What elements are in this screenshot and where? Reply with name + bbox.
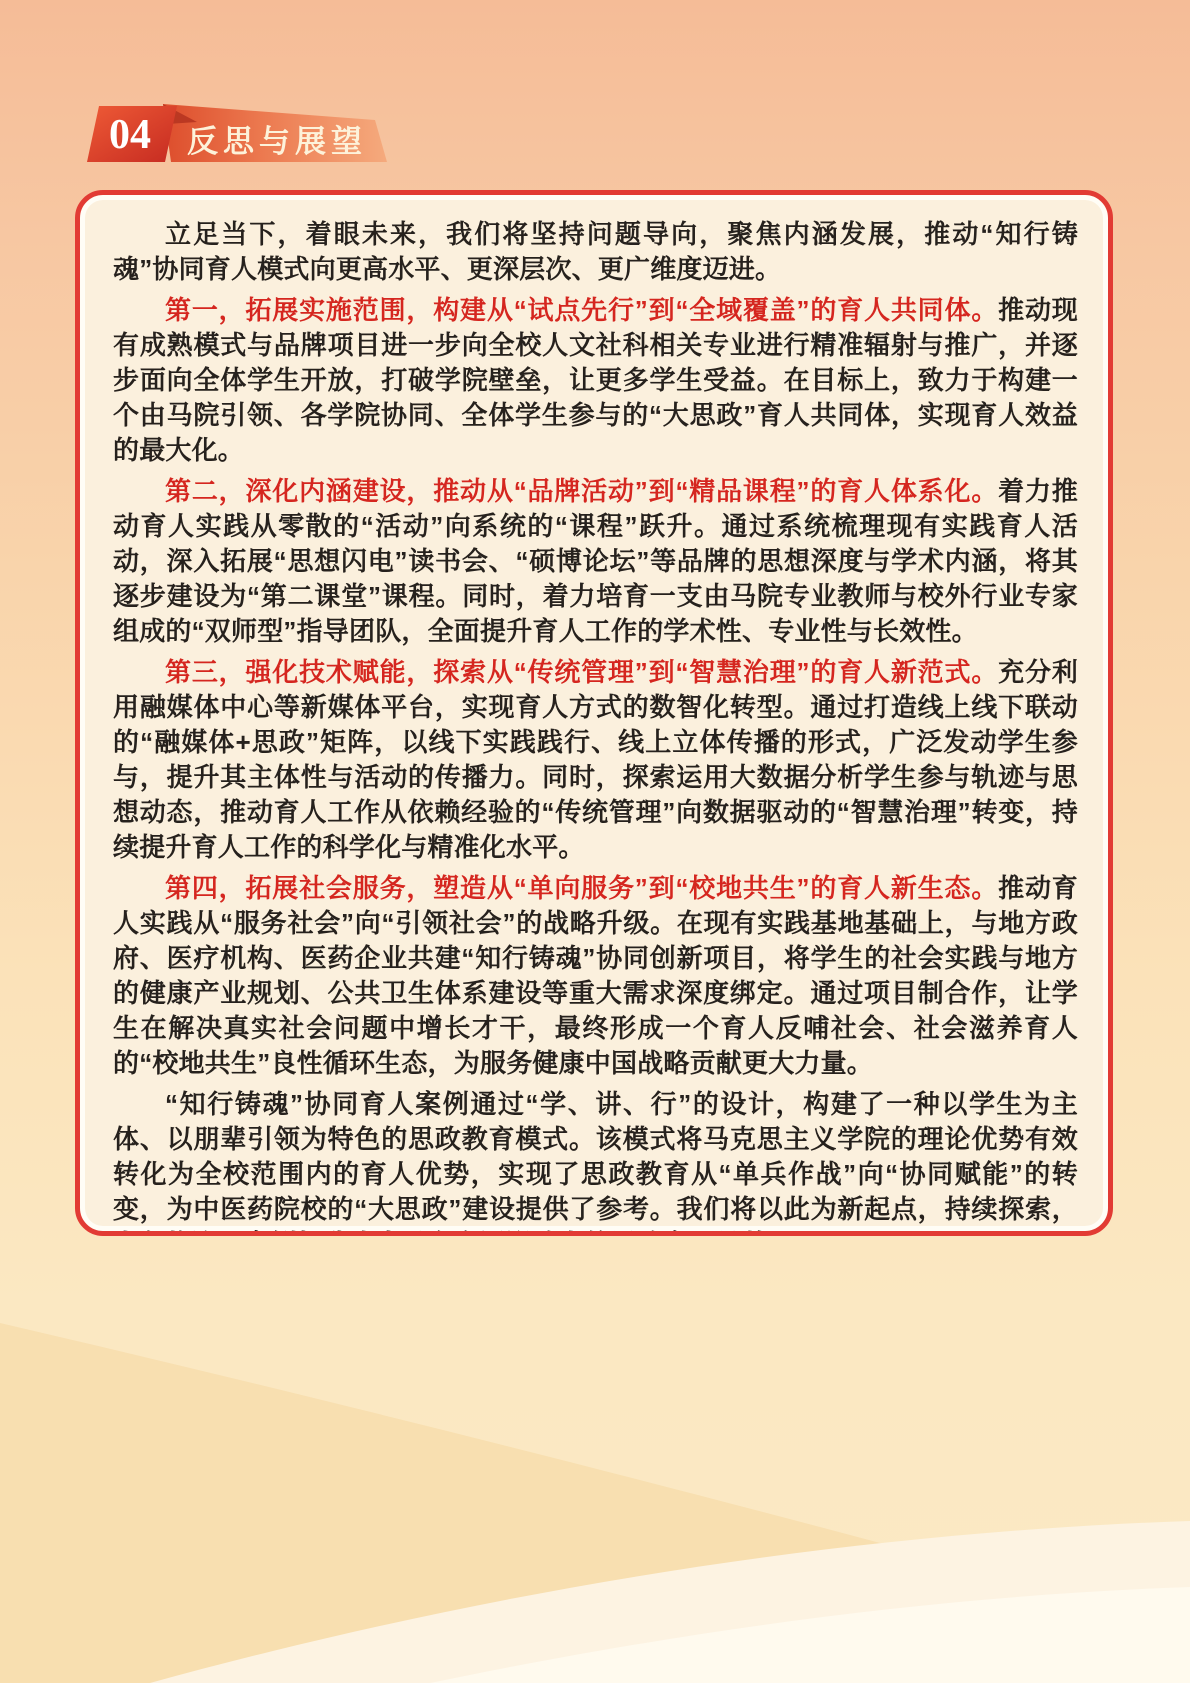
section-number: 04 xyxy=(109,112,151,158)
paragraph: 立足当下，着眼未来，我们将坚持问题导向，聚焦内涵发展，推动“知行铸魂”协同育人模… xyxy=(113,217,1078,287)
paragraph-text: 充分利用融媒体中心等新媒体平台，实现育人方式的数智化转型。通过打造线上线下联动的… xyxy=(113,657,1078,862)
page: { "header": { "section_number": "04", "s… xyxy=(0,0,1190,1683)
paragraph: 第二，深化内涵建设，推动从“品牌活动”到“精品课程”的育人体系化。着力推动育人实… xyxy=(113,474,1078,649)
paragraph-text: 立足当下，着眼未来，我们将坚持问题导向，聚焦内涵发展，推动“知行铸魂”协同育人模… xyxy=(113,219,1078,284)
paragraph: “知行铸魂”协同育人案例通过“学、讲、行”的设计，构建了一种以学生为主体、以朋辈… xyxy=(113,1087,1078,1231)
card-content: 立足当下，着眼未来，我们将坚持问题导向，聚焦内涵发展，推动“知行铸魂”协同育人模… xyxy=(80,195,1108,1231)
wave-band-dark xyxy=(0,1323,1190,1683)
section-header-badge: 04 反思与展望 xyxy=(83,100,413,166)
wave-band-lighter xyxy=(430,1587,1190,1683)
paragraph-text: “知行铸魂”协同育人案例通过“学、讲、行”的设计，构建了一种以学生为主体、以朋辈… xyxy=(113,1089,1078,1231)
section-title: 反思与展望 xyxy=(187,124,367,159)
paragraph-lead: 第一，拓展实施范围，构建从“试点先行”到“全域覆盖”的育人共同体。 xyxy=(165,295,998,325)
paragraph: 第三，强化技术赋能，探索从“传统管理”到“智慧治理”的育人新范式。充分利用融媒体… xyxy=(113,655,1078,865)
wave-band-light xyxy=(150,1521,1190,1683)
paragraph: 第四，拓展社会服务，塑造从“单向服务”到“校地共生”的育人新生态。推动育人实践从… xyxy=(113,871,1078,1081)
paragraph-lead: 第四，拓展社会服务，塑造从“单向服务”到“校地共生”的育人新生态。 xyxy=(165,873,998,903)
paragraph-lead: 第二，深化内涵建设，推动从“品牌活动”到“精品课程”的育人体系化。 xyxy=(165,476,998,506)
bottom-wave-decoration xyxy=(0,1203,1190,1683)
paragraph-text: 推动育人实践从“服务社会”向“引领社会”的战略升级。在现有实践基地基础上，与地方… xyxy=(113,873,1078,1078)
paragraph: 第一，拓展实施范围，构建从“试点先行”到“全域覆盖”的育人共同体。推动现有成熟模… xyxy=(113,293,1078,468)
content-card: 立足当下，着眼未来，我们将坚持问题导向，聚焦内涵发展，推动“知行铸魂”协同育人模… xyxy=(75,190,1113,1236)
paragraph-lead: 第三，强化技术赋能，探索从“传统管理”到“智慧治理”的育人新范式。 xyxy=(165,657,998,687)
